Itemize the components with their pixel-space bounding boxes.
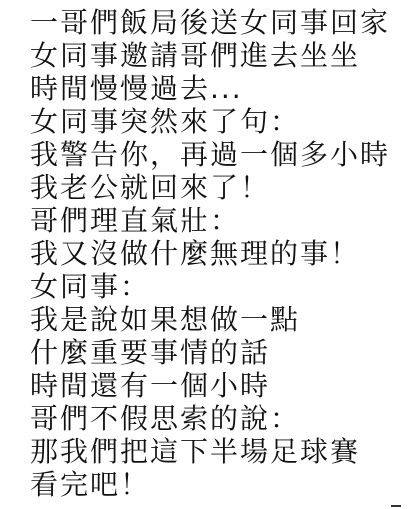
text-line: 女同事邀請哥們進去坐坐 <box>30 39 390 72</box>
corner-mark <box>391 505 401 507</box>
text-line: 哥們理直氣壯： <box>30 204 390 237</box>
joke-text: 一哥們飯局後送女同事回家 女同事邀請哥們進去坐坐 時間慢慢過去... 女同事突然… <box>30 6 390 501</box>
text-line: 我是說如果想做一點 <box>30 303 390 336</box>
text-line: 時間慢慢過去... <box>30 72 390 105</box>
text-line: 女同事： <box>30 270 390 303</box>
text-line: 女同事突然來了句： <box>30 105 390 138</box>
text-line: 那我們把這下半場足球賽 <box>30 435 390 468</box>
text-line: 一哥們飯局後送女同事回家 <box>30 6 390 39</box>
text-line: 看完吧！ <box>30 468 390 501</box>
text-line: 哥們不假思索的說： <box>30 402 390 435</box>
text-line: 我警告你，再過一個多小時 <box>30 138 390 171</box>
text-line: 什麼重要事情的話 <box>30 336 390 369</box>
text-line: 我老公就回來了！ <box>30 171 390 204</box>
text-line: 時間還有一個小時 <box>30 369 390 402</box>
text-line: 我又沒做什麼無理的事！ <box>30 237 390 270</box>
